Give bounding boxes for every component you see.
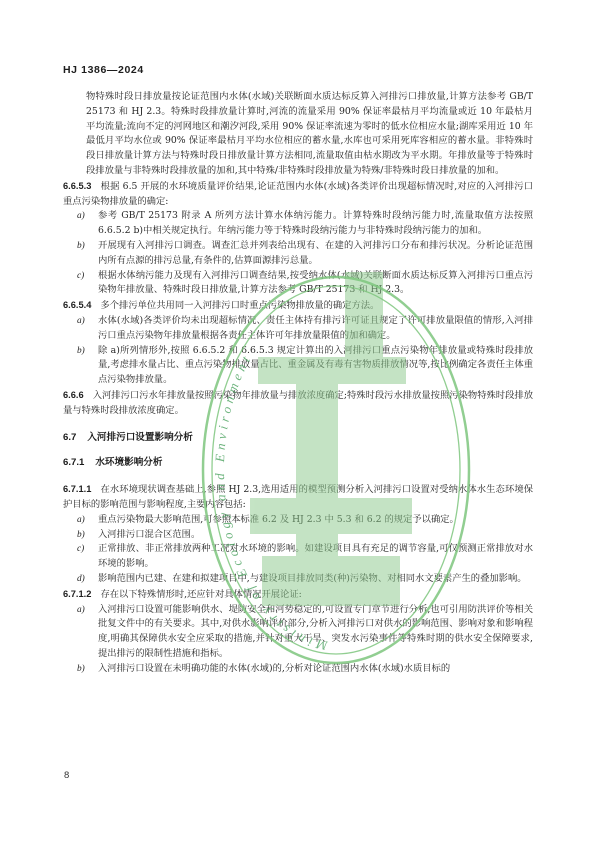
block-text: 多个排污单位共用同一入河排污口时重点污染物排放量的确定方法。 xyxy=(100,300,379,311)
clause-number: 6.7.1.1 xyxy=(63,484,91,494)
list-marker: c) xyxy=(77,542,84,557)
block-text: 除 a)所列情形外,按照 6.6.5.2 和 6.6.5.3 规定计算出的入河排… xyxy=(98,345,533,386)
block-text: 在水环境现状调查基础上,参照 HJ 2.3,选用适用的模型预测分析入河排污口设置… xyxy=(63,484,533,510)
block-text: 重点污染物最大影响范围,可参照本标准 6.2 及 HJ 2.3 中 5.3 和 … xyxy=(98,514,459,525)
block-text: 入河排污口设置可能影响供水、堤防安全和河势稳定的,可设置专门章节进行分析,也可引… xyxy=(98,604,533,659)
list-marker: b) xyxy=(77,239,85,254)
list-marker: a) xyxy=(77,209,85,224)
list-marker: d) xyxy=(77,572,85,587)
block-text: 入河排污口设置在未明确功能的水体(水域)的,分析对论证范围内水体(水域)水质目标… xyxy=(98,663,450,674)
block-text: 根据 6.5 开展的水环境质量评价结果,论证范围内水体(水域)各类评价出现超标情… xyxy=(63,181,533,207)
clause-6.7.1.2: 6.7.1.2存在以下特殊情形时,还应针对具体情况开展论证: xyxy=(63,587,533,603)
standard-number-header: HJ 1386—2024 xyxy=(63,64,144,76)
list-item: b)除 a)所列情形外,按照 6.6.5.2 和 6.6.5.3 规定计算出的入… xyxy=(63,344,533,388)
list-item: c)正常排放、非正常排放两种工况对水环境的影响。如建设项目具有充足的调节容量,可… xyxy=(63,542,533,572)
list-marker: a) xyxy=(77,314,85,329)
list-marker: a) xyxy=(77,603,85,618)
block-text: 物特殊时段日排放量按论证范围内水体(水域)关联断面水质达标反算入河排污口排放量,… xyxy=(86,91,533,176)
block-text: 影响范围内已建、在建和拟建项目中,与建设项目排放同类(种)污染物、对相同水文要素… xyxy=(98,573,527,584)
clause-6.7.1: 6.7.1水环境影响分析 xyxy=(63,456,533,471)
clause-number: 6.7.1.2 xyxy=(63,589,91,599)
list-item: d)影响范围内已建、在建和拟建项目中,与建设项目排放同类(种)污染物、对相同水文… xyxy=(63,572,533,587)
clause-number: 6.7.1 xyxy=(63,457,84,468)
clause-number: 6.6.5.4 xyxy=(63,300,91,310)
clause-number: 6.6.5.3 xyxy=(63,181,91,191)
list-item: a)重点污染物最大影响范围,可参照本标准 6.2 及 HJ 2.3 中 5.3 … xyxy=(63,513,533,528)
clause-number: 6.7 xyxy=(63,432,76,443)
block-text: 开展现有入河排污口调查。调查汇总并列表给出现有、在建的入河排污口分布和排污状况。… xyxy=(98,240,533,266)
list-item: b)开展现有入河排污口调查。调查汇总并列表给出现有、在建的入河排污口分布和排污状… xyxy=(63,239,533,269)
list-item: a)水体(水域)各类评价均未出现超标情况、责任主体持有排污许可证且规定了许可排放… xyxy=(63,314,533,344)
list-marker: b) xyxy=(77,528,85,543)
block-text: 水体(水域)各类评价均未出现超标情况、责任主体持有排污许可证且规定了许可排放量限… xyxy=(98,315,533,341)
block-text: 根据水体纳污能力及现有入河排污口调查结果,按受纳水体(水域)关联断面水质达标反算… xyxy=(98,270,533,296)
list-marker: b) xyxy=(77,662,85,677)
paragraph: 物特殊时段日排放量按论证范围内水体(水域)关联断面水质达标反算入河排污口排放量,… xyxy=(63,90,533,179)
page-number: 8 xyxy=(64,770,69,781)
list-item: a)参考 GB/T 25173 附录 A 所列方法计算水体纳污能力。计算特殊时段… xyxy=(63,209,533,239)
block-text: 水环境影响分析 xyxy=(95,457,162,468)
list-item: b)入河排污口设置在未明确功能的水体(水域)的,分析对论证范围内水体(水域)水质… xyxy=(63,662,533,677)
content-blocks: 物特殊时段日排放量按论证范围内水体(水域)关联断面水质达标反算入河排污口排放量,… xyxy=(63,90,533,676)
block-text: 入河排污口污水年排放量按照污染物年排放量与排放浓度确定;特殊时段污水排放量按照污… xyxy=(63,390,533,416)
clause-6.7: 6.7入河排污口设置影响分析 xyxy=(63,431,533,446)
list-item: a)入河排污口设置可能影响供水、堤防安全和河势稳定的,可设置专门章节进行分析,也… xyxy=(63,603,533,662)
list-item: c)根据水体纳污能力及现有入河排污口调查结果,按受纳水体(水域)关联断面水质达标… xyxy=(63,269,533,299)
list-marker: b) xyxy=(77,344,85,359)
clause-6.6.5.4: 6.6.5.4多个排污单位共用同一入河排污口时重点污染物排放量的确定方法。 xyxy=(63,298,533,314)
clause-6.6.5.3: 6.6.5.3根据 6.5 开展的水环境质量评价结果,论证范围内水体(水域)各类… xyxy=(63,179,533,210)
list-marker: c) xyxy=(77,269,84,284)
block-text: 正常排放、非正常排放两种工况对水环境的影响。如建设项目具有充足的调节容量,可仅预… xyxy=(98,543,533,569)
clause-6.6.6: 6.6.6入河排污口污水年排放量按照污染物年排放量与排放浓度确定;特殊时段污水排… xyxy=(63,388,533,419)
list-marker: a) xyxy=(77,513,85,528)
document-page: HJ 1386—2024 物特殊时段日排放量按论证范围内水体(水域)关联断面水质… xyxy=(0,0,596,842)
block-text: 存在以下特殊情形时,还应针对具体情况开展论证: xyxy=(100,589,301,600)
block-text: 参考 GB/T 25173 附录 A 所列方法计算水体纳污能力。计算特殊时段纳污… xyxy=(98,210,533,236)
block-text: 入河排污口设置影响分析 xyxy=(87,432,193,443)
block-text: 入河排污口混合区范围。 xyxy=(98,529,200,540)
clause-number: 6.6.6 xyxy=(63,390,84,400)
clause-6.7.1.1: 6.7.1.1在水环境现状调查基础上,参照 HJ 2.3,选用适用的模型预测分析… xyxy=(63,482,533,513)
list-item: b)入河排污口混合区范围。 xyxy=(63,528,533,543)
